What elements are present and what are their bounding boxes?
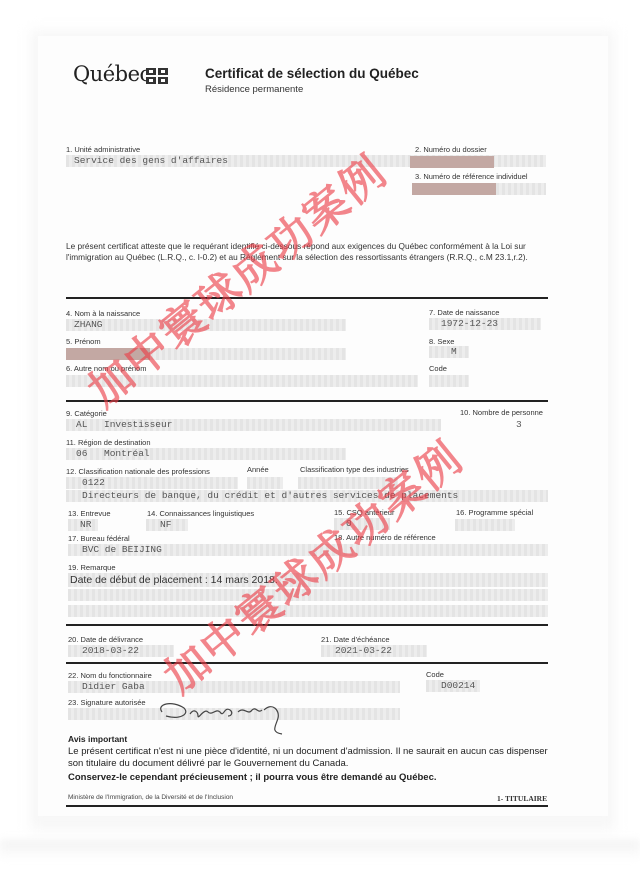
notice-emphasis: Conservez-le cependant précieusement ; i… [68, 772, 437, 783]
page-shadow [0, 840, 640, 860]
label-prenom: 5. Prénom [66, 337, 101, 346]
value-nom-fonctionnaire: Didier Gaba [82, 681, 145, 692]
field-box-csq [334, 518, 390, 530]
value-connaissances-linguistiques: NF [160, 519, 171, 530]
value-nombre-personne: 3 [516, 419, 522, 430]
label-programme-special: 16. Programme spécial [456, 508, 533, 517]
footer-ministry: Ministère de l'Immigration, de la Divers… [68, 794, 233, 801]
label-signature: 23. Signature autorisée [68, 698, 146, 707]
value-bureau-federal: BVC de BEIJING [82, 544, 162, 555]
label-date-echeance: 21. Date d'échéance [321, 635, 390, 644]
footer-rule [66, 805, 548, 807]
label-autre-numero-reference: 18. Autre numéro de référence [334, 533, 436, 542]
label-classification-industries: Classification type des industries [300, 465, 409, 474]
value-date-naissance: 1972-12-23 [441, 318, 498, 329]
label-connaissances-linguistiques: 14. Connaissances linguistiques [147, 509, 254, 518]
value-region: Montréal [104, 448, 150, 459]
divider [66, 624, 548, 626]
field-box-programme [455, 519, 515, 531]
divider [66, 662, 548, 664]
label-annee: Année [247, 465, 269, 474]
value-cnp-code: 0122 [82, 477, 105, 488]
label-entrevue: 13. Entrevue [68, 509, 111, 518]
label-nom-naissance: 4. Nom à la naissance [66, 309, 140, 318]
value-unite-administrative: Service des gens d'affaires [74, 155, 228, 166]
field-box-annee [247, 477, 283, 489]
value-csq-anterieur: 0 [346, 518, 352, 529]
intro-paragraph: Le présent certificat atteste que le req… [66, 241, 556, 263]
label-remarque: 19. Remarque [68, 563, 116, 572]
field-box-remarque-2 [68, 589, 548, 601]
value-date-delivrance: 2018-03-22 [82, 645, 139, 656]
label-region-destination: 11. Région de destination [66, 438, 151, 447]
notice-title: Avis important [68, 734, 127, 744]
field-box-cti [298, 477, 398, 489]
signature-icon [150, 694, 330, 736]
label-autre-nom: 6. Autre nom ou prénom [66, 364, 146, 373]
value-nom-naissance: ZHANG [74, 319, 103, 330]
divider [66, 400, 548, 402]
label-numero-dossier: 2. Numéro du dossier [415, 145, 487, 154]
document-subtitle: Résidence permanente [205, 84, 303, 95]
label-nom-fonctionnaire: 22. Nom du fonctionnaire [68, 671, 152, 680]
redacted-numero-dossier [410, 156, 494, 168]
divider [66, 297, 548, 299]
redacted-numero-reference [412, 183, 496, 195]
value-categorie-code: AL [76, 419, 87, 430]
footer-copy-label: 1- TITULAIRE [497, 794, 547, 803]
label-sexe: 8. Sexe [429, 337, 454, 346]
value-sexe: M [451, 346, 457, 357]
label-code-fonctionnaire: Code [426, 670, 444, 679]
label-unite-administrative: 1. Unité administrative [66, 145, 140, 154]
value-categorie: Investisseur [104, 419, 172, 430]
label-categorie: 9. Catégorie [66, 409, 107, 418]
label-code: Code [429, 364, 447, 373]
label-classification-professions: 12. Classification nationale des profess… [66, 467, 210, 476]
value-region-code: 06 [76, 448, 87, 459]
value-entrevue: NR [80, 519, 91, 530]
redacted-prenom [66, 348, 150, 360]
value-remarque: Date de début de placement : 14 mars 201… [70, 574, 278, 586]
label-date-naissance: 7. Date de naissance [429, 308, 499, 317]
value-profession: Directeurs de banque, du crédit et d'aut… [82, 490, 458, 501]
field-box-autre-nom [66, 375, 418, 387]
field-box-sexe [429, 346, 469, 358]
label-csq-anterieur: 15. CSQ antérieur [334, 508, 394, 517]
value-date-echeance: 2021-03-22 [335, 645, 392, 656]
document-title: Certificat de sélection du Québec [205, 66, 419, 81]
label-bureau-federal: 17. Bureau fédéral [68, 534, 130, 543]
label-numero-reference: 3. Numéro de référence individuel [415, 172, 528, 181]
field-box-nom [66, 319, 346, 331]
label-date-delivrance: 20. Date de délivrance [68, 635, 143, 644]
quebec-logo: Québec [73, 62, 151, 86]
field-box-code [429, 375, 469, 387]
label-nombre-personne: 10. Nombre de personne [460, 408, 543, 417]
value-code-fonctionnaire: D00214 [441, 680, 475, 691]
fleur-de-lis-flag-icon [146, 68, 168, 84]
notice-body: Le présent certificat n'est ni une pièce… [68, 746, 558, 770]
field-box-remarque-3 [68, 605, 548, 617]
